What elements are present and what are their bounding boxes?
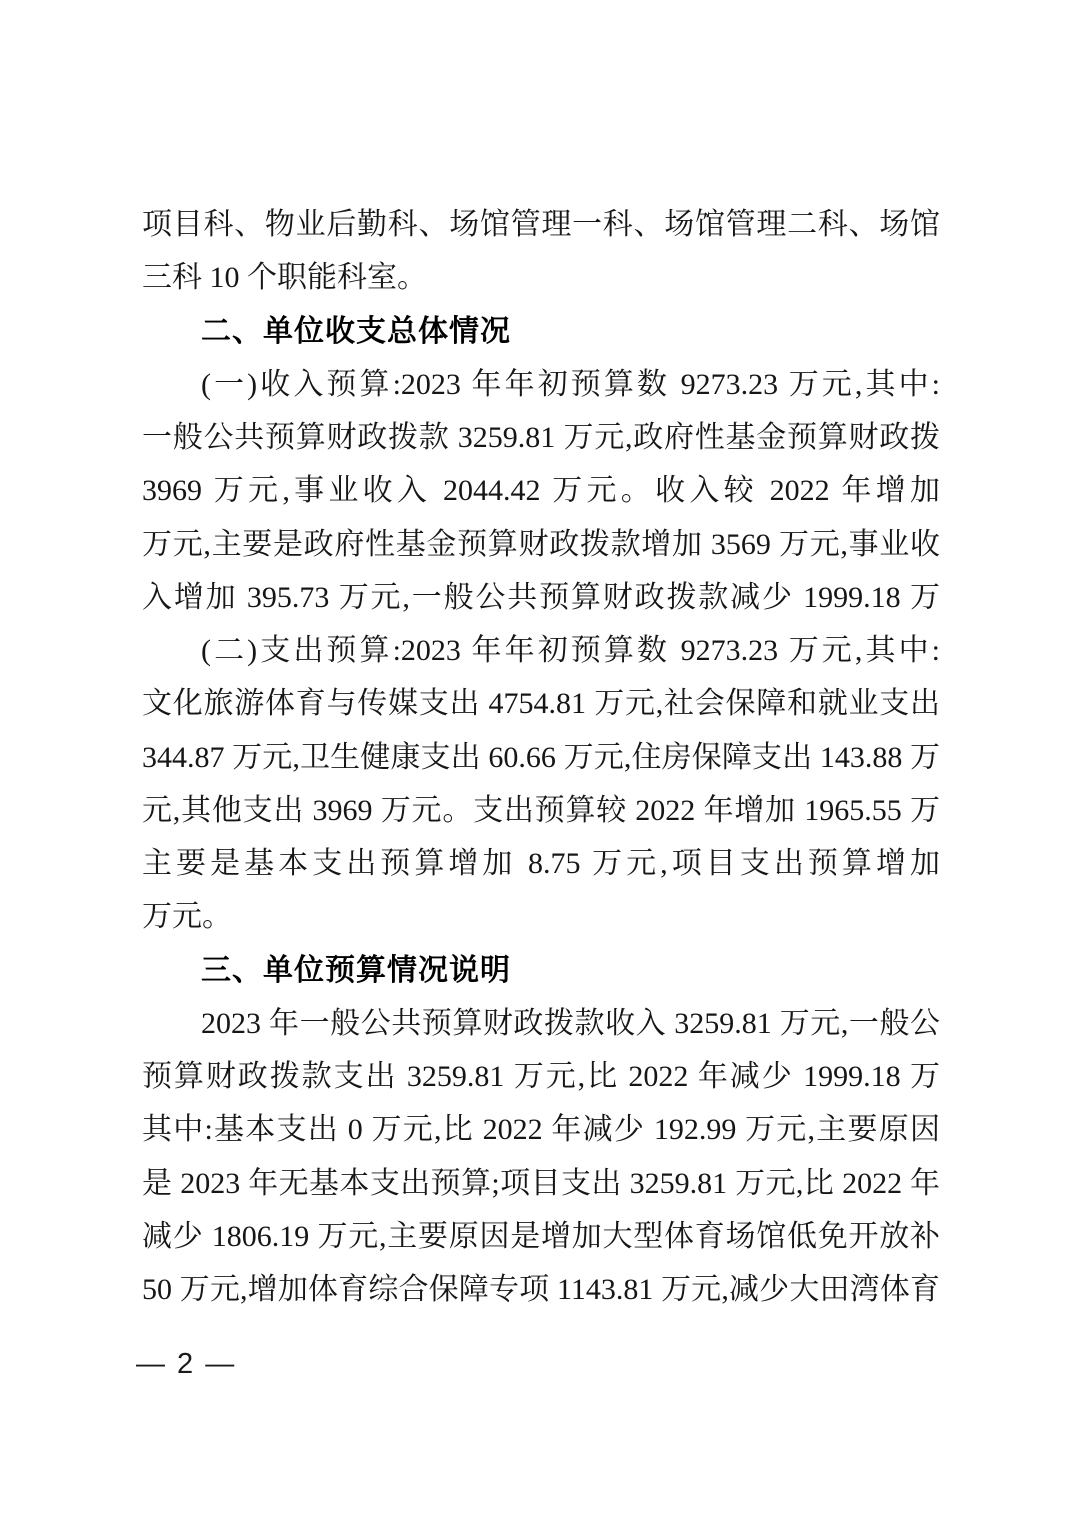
section-heading-income-expense-overview: 二、单位收支总体情况 xyxy=(142,305,940,358)
body-line: 万元。 xyxy=(142,890,940,943)
body-line: 3969 万元,事业收入 2044.42 万元。收入较 2022 年增加 196… xyxy=(142,464,940,517)
document-page: 项目科、物业后勤科、场馆管理一科、场馆管理二科、场馆管理 三科 10 个职能科室… xyxy=(0,0,1074,1520)
body-line: 元,其他支出 3969 万元。支出预算较 2022 年增加 1965.55 万元… xyxy=(142,784,940,837)
body-line: 其中:基本支出 0 万元,比 2022 年减少 192.99 万元,主要原因 xyxy=(142,1103,940,1156)
body-line: 主要是基本支出预算增加 8.75 万元,项目支出预算增加 1956.79 xyxy=(142,837,940,890)
body-line: 三科 10 个职能科室。 xyxy=(142,251,940,304)
body-line: 344.87 万元,卫生健康支出 60.66 万元,住房保障支出 143.88 … xyxy=(142,731,940,784)
body-line: 2023 年一般公共预算财政拨款收入 3259.81 万元,一般公共 xyxy=(142,997,940,1050)
page-number: — 2 — xyxy=(136,1348,236,1381)
body-line: 项目科、物业后勤科、场馆管理一科、场馆管理二科、场馆管理 xyxy=(142,198,940,251)
body-line: 预算财政拨款支出 3259.81 万元,比 2022 年减少 1999.18 万… xyxy=(142,1050,940,1103)
body-line: 入增加 395.73 万元,一般公共预算财政拨款减少 1999.18 万元。 xyxy=(142,571,940,624)
body-line: 一般公共预算财政拨款 3259.81 万元,政府性基金预算财政拨款 xyxy=(142,411,940,464)
document-body: 项目科、物业后勤科、场馆管理一科、场馆管理二科、场馆管理 三科 10 个职能科室… xyxy=(142,198,940,1316)
body-line: 50 万元,增加体育综合保障专项 1143.81 万元,减少大田湾体育 xyxy=(142,1263,940,1316)
body-line: 万元,主要是政府性基金预算财政拨款增加 3569 万元,事业收 xyxy=(142,518,940,571)
section-heading-budget-explanation: 三、单位预算情况说明 xyxy=(142,944,940,997)
body-line: 减少 1806.19 万元,主要原因是增加大型体育场馆低免开放补助 xyxy=(142,1210,940,1263)
body-line: (一)收入预算:2023 年年初预算数 9273.23 万元,其中: xyxy=(142,358,940,411)
body-line: 文化旅游体育与传媒支出 4754.81 万元,社会保障和就业支出 xyxy=(142,677,940,730)
body-line: (二)支出预算:2023 年年初预算数 9273.23 万元,其中: xyxy=(142,624,940,677)
body-line: 是 2023 年无基本支出预算;项目支出 3259.81 万元,比 2022 年 xyxy=(142,1157,940,1210)
